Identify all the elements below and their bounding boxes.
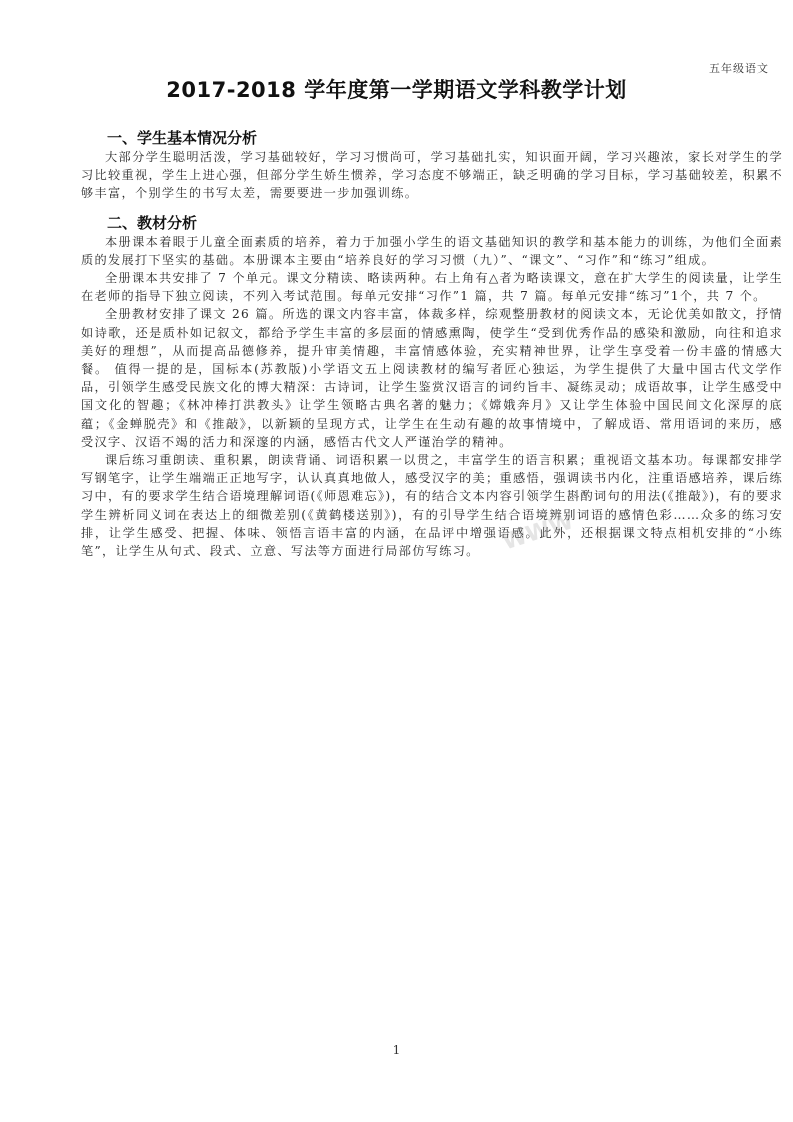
page-number: 1 [0,1043,793,1057]
section-student-analysis: 一、学生基本情况分析 大部分学生聪明活泼，学习基础较好，学习习惯尚可，学习基础扎… [81,128,783,203]
document-title: 2017-2018 学年度第一学期语文学科教学计划 [0,74,793,104]
section-textbook-analysis: 二、教材分析 本册课本着眼于儿童全面素质的培养，着力于加强小学生的语文基础知识的… [81,213,783,561]
section-heading: 二、教材分析 [107,213,783,233]
paragraph: 大部分学生聪明活泼，学习基础较好，学习习惯尚可，学习基础扎实，知识面开阔，学习兴… [81,148,783,203]
paragraph: 课后练习重朗读、重积累，朗读背诵、词语积累一以贯之，丰富学生的语言积累；重视语文… [81,451,783,560]
paragraph: 全册课本共安排了 7 个单元。课文分精读、略读两种。右上角有△者为略读课文，意在… [81,269,783,305]
section-heading: 一、学生基本情况分析 [107,128,783,148]
paragraph: 全册教材安排了课文 26 篇。所选的课文内容丰富，体裁多样，综观整册教材的阅读文… [81,305,783,451]
document-body: 一、学生基本情况分析 大部分学生聪明活泼，学习基础较好，学习习惯尚可，学习基础扎… [81,128,783,560]
paragraph: 本册课本着眼于儿童全面素质的培养，着力于加强小学生的语文基础知识的教学和基本能力… [81,233,783,269]
